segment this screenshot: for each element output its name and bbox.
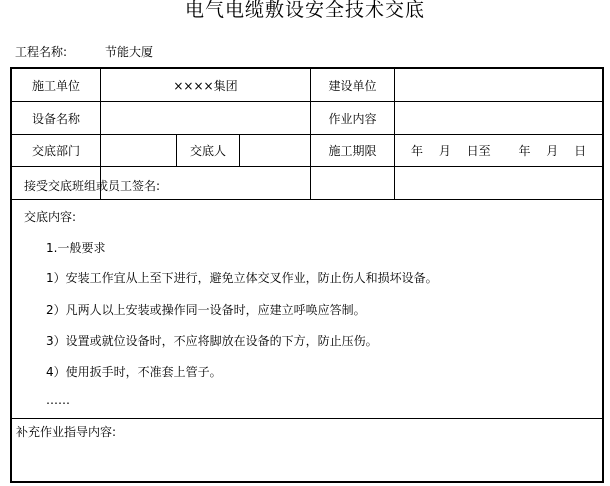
content-item: 4）使用扳手时，不准套上管子。 bbox=[46, 363, 222, 380]
document-title: 电气电缆敷设安全技术交底 bbox=[0, 0, 610, 20]
work-content-label: 作业内容 bbox=[311, 102, 394, 134]
row-divider bbox=[12, 199, 602, 200]
work-content-value[interactable] bbox=[395, 102, 602, 134]
content-label: 交底内容: bbox=[24, 208, 76, 225]
equipment-name-value[interactable] bbox=[101, 102, 310, 134]
content-ellipsis: …… bbox=[46, 393, 70, 407]
construction-unit-value[interactable]: ××××集团 bbox=[101, 69, 310, 101]
content-item: 3）设置或就位设备时，不应将脚放在设备的下方，防止压伤。 bbox=[46, 332, 378, 349]
project-name-label: 工程名称: bbox=[15, 43, 67, 60]
project-name-value: 节能大厦 bbox=[105, 43, 153, 60]
section-heading: 1.一般要求 bbox=[46, 239, 105, 256]
owner-unit-value[interactable] bbox=[395, 69, 602, 101]
content-item: 1）安装工作宜从上至下进行，避免立体交叉作业，防止伤人和损坏设备。 bbox=[46, 269, 438, 286]
disclosure-dept-value[interactable] bbox=[101, 135, 176, 166]
construction-unit-label: 施工单位 bbox=[12, 69, 100, 101]
construction-period-value[interactable]: 年 月 日至 年 月 日 bbox=[411, 135, 601, 166]
equipment-name-label: 设备名称 bbox=[12, 102, 100, 134]
content-item: 2）凡两人以上安装或操作同一设备时，应建立呼唤应答制。 bbox=[46, 301, 366, 318]
supplement-label: 补充作业指导内容: bbox=[16, 423, 116, 440]
construction-period-label: 施工期限 bbox=[311, 135, 394, 166]
owner-unit-label: 建设单位 bbox=[311, 69, 394, 101]
row-divider bbox=[12, 418, 602, 419]
disclosure-dept-label: 交底部门 bbox=[12, 135, 100, 166]
discloser-label: 交底人 bbox=[177, 135, 239, 166]
discloser-value[interactable] bbox=[240, 135, 310, 166]
disclosure-table: 施工单位 ××××集团 建设单位 设备名称 作业内容 交底部门 交底人 施工期限… bbox=[10, 67, 604, 483]
signature-label: 接受交底班组或员工签名: bbox=[24, 177, 160, 194]
